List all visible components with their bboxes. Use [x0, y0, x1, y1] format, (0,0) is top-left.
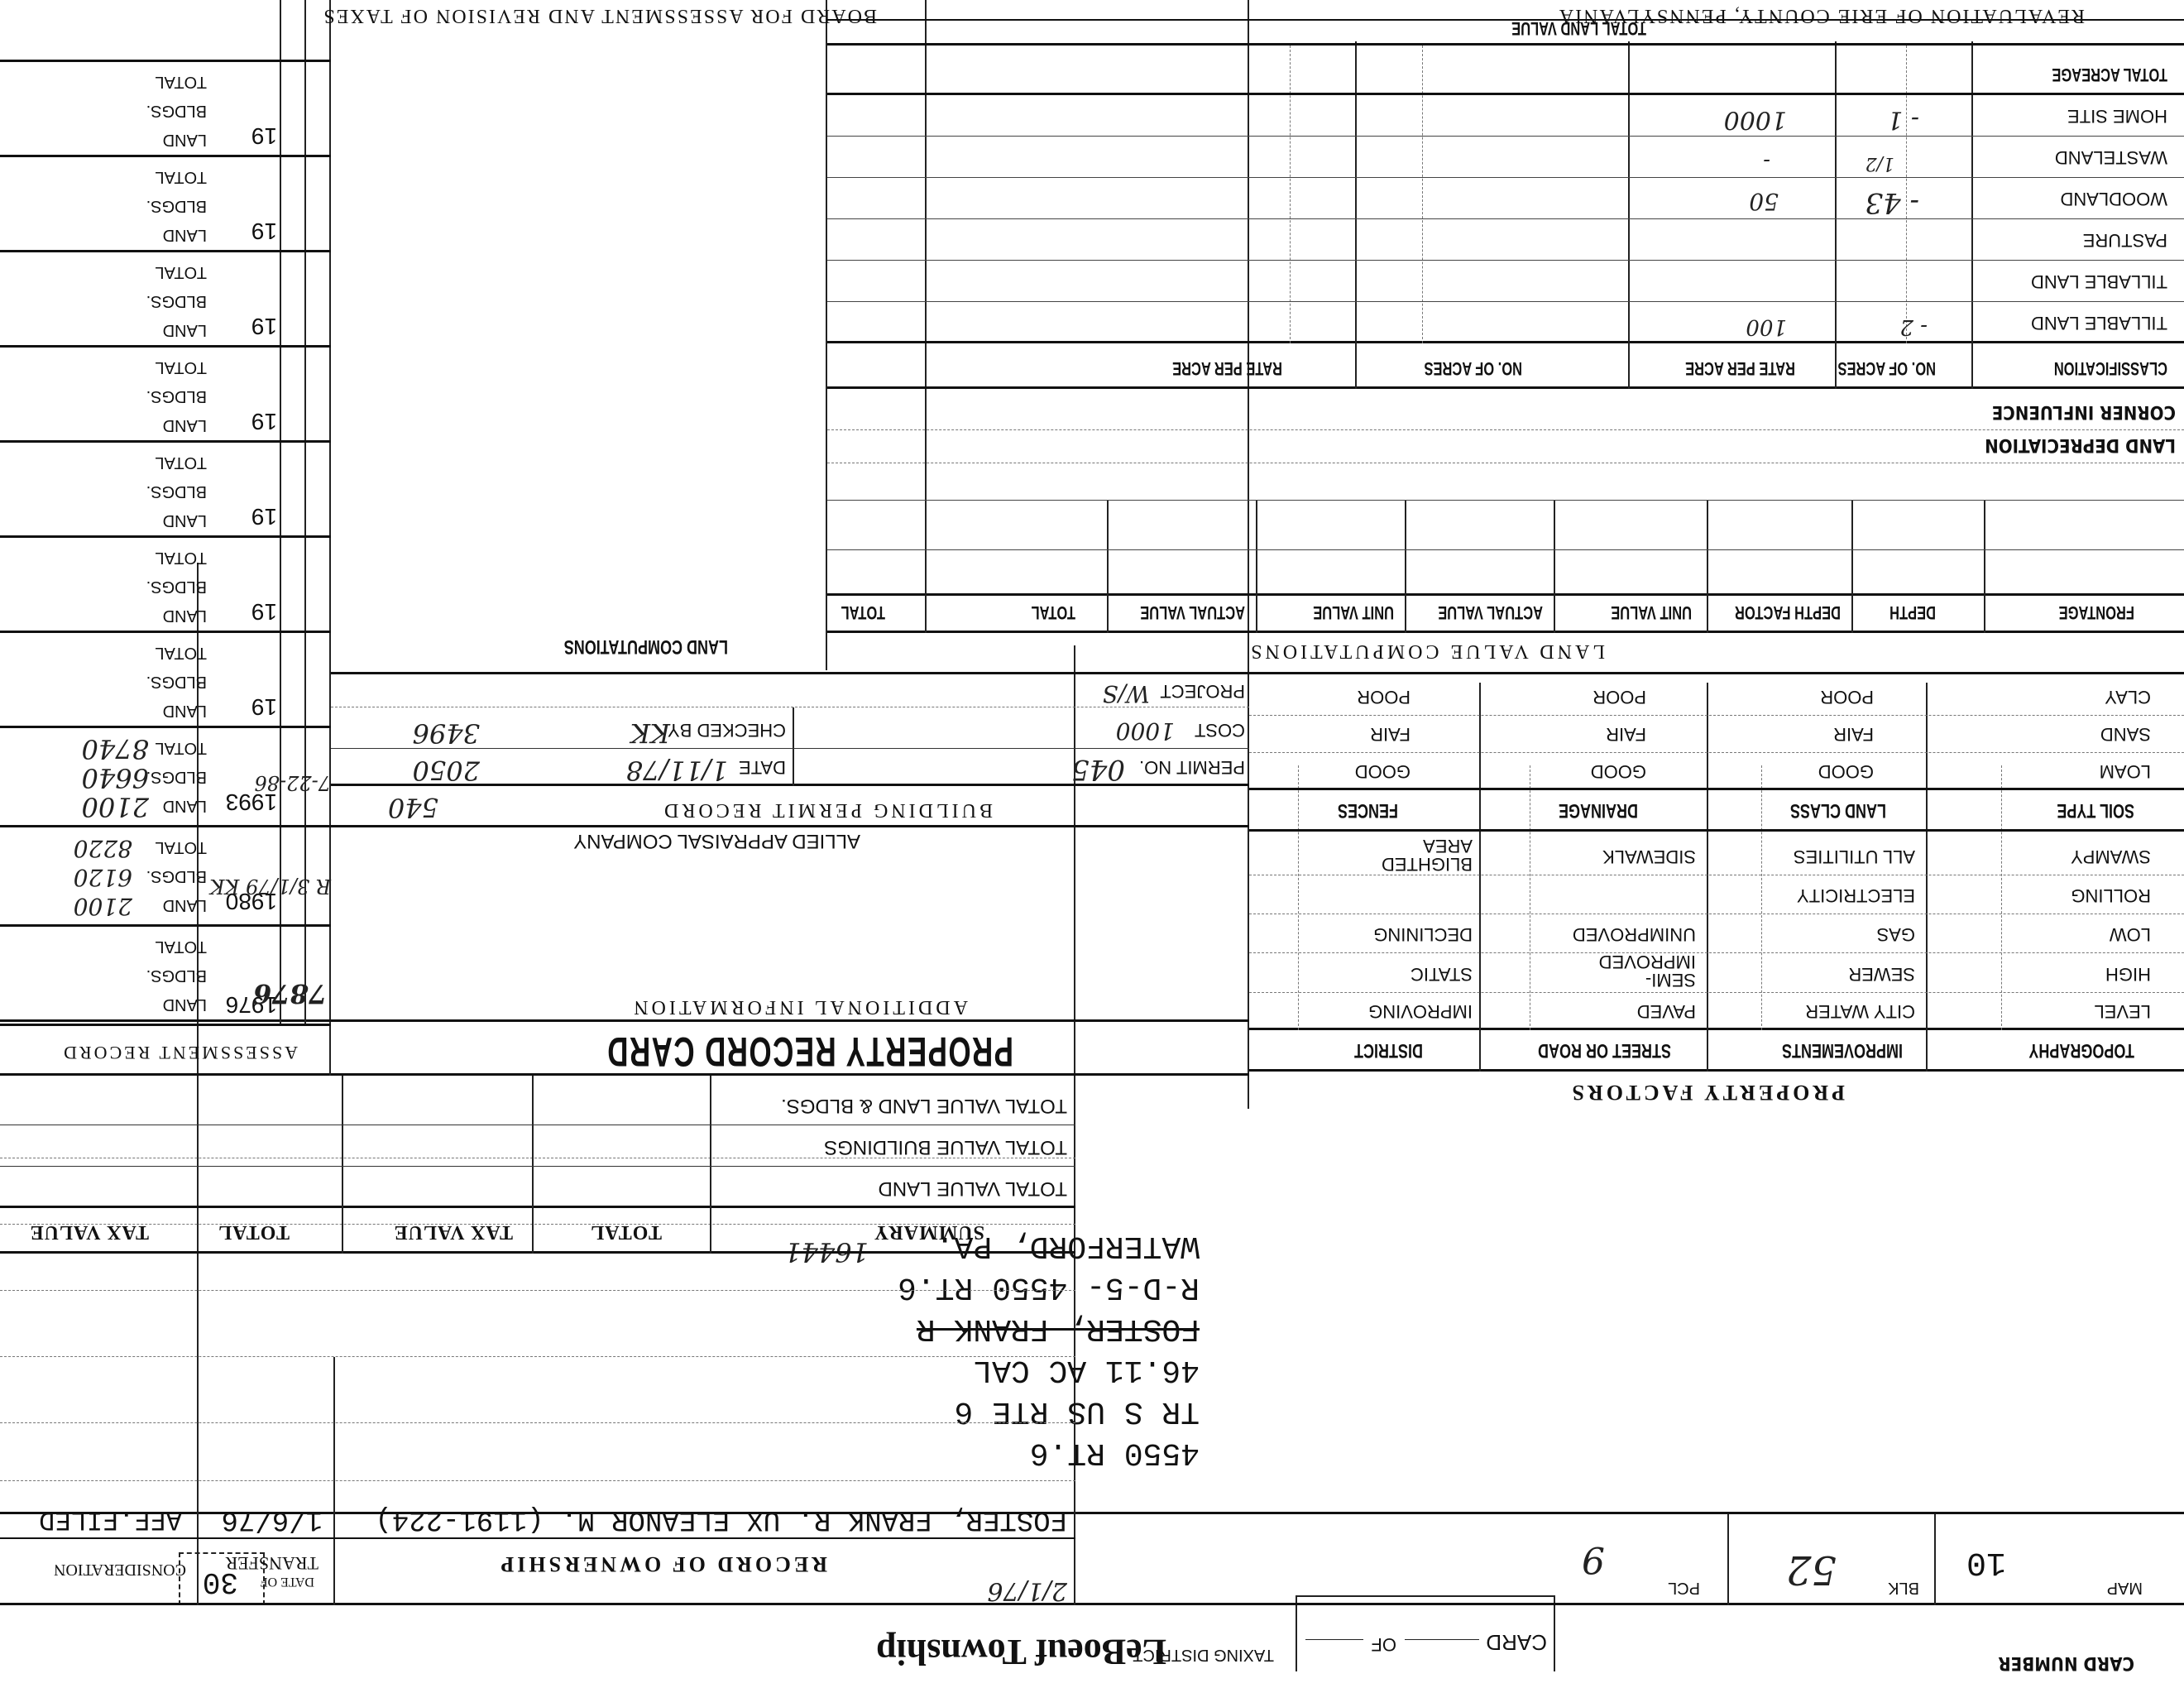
assessment-total-label: TOTAL — [155, 837, 207, 856]
checked-by-label: CHECKED BY — [668, 719, 786, 741]
lvc-col-frontage: FRONTAGE — [2059, 602, 2134, 623]
assessment-land-label: LAND — [163, 796, 207, 815]
pf-gas: GAS — [1877, 923, 1915, 945]
total-acreage-label: TOTAL ACREAGE — [2052, 64, 2167, 85]
ownership-title: RECORD OF OWNERSHIP — [497, 1551, 827, 1576]
ownership-consideration: AFF.FILED — [39, 1504, 182, 1535]
footer-revaluation: REVALUATION OF ERIE COUNTY, PENNSYLVANIA — [1558, 4, 2085, 26]
land-computations-title: LAND COMPUTATIONS — [564, 635, 728, 658]
blk-label: BLK — [1888, 1578, 1919, 1597]
assessment-year: 19 — [251, 693, 277, 720]
pf-col-land-class: LAND CLASS — [1790, 798, 1886, 822]
assessment-total-value: 8220 — [74, 835, 132, 862]
ownership-owner: FOSTER, FRANK R. UX ELEANOR M. (1191-224… — [375, 1503, 1067, 1535]
assessment-year: 19 — [251, 122, 277, 149]
assessment-bldgs-value: 6640 — [82, 762, 149, 794]
pf-land-class-fair: FAIR — [1833, 723, 1874, 745]
pf-blighted-area: BLIGHTED AREA — [1373, 837, 1473, 873]
acreage-classification: WASTELAND — [2055, 146, 2167, 168]
col-transfer: TRANSFER — [226, 1552, 318, 1574]
lvc-col-unit-value-1: UNIT VALUE — [1611, 602, 1692, 623]
acreage-classification: PASTURE — [2083, 229, 2167, 251]
assessment-bldgs-label: BLDGS. — [146, 196, 207, 215]
assessment-total-value: 8740 — [82, 733, 149, 765]
pf-col-district: DISTRICT — [1354, 1038, 1423, 1062]
pf-rolling: ROLLING — [2071, 885, 2151, 906]
summary-row-land-bldgs: TOTAL VALUE LAND & BLDGS. — [781, 1094, 1067, 1117]
pf-sidewalk: SIDEWALK — [1602, 846, 1696, 867]
pf-semi-improved: SEMI-IMPROVED — [1613, 952, 1696, 989]
assessment-bldgs-label: BLDGS. — [146, 386, 207, 405]
assessment-total-label: TOTAL — [155, 548, 207, 567]
assessment-land-label: LAND — [163, 606, 207, 625]
of-label: OF — [1371, 1633, 1396, 1655]
assessment-land-value: 2100 — [74, 893, 132, 920]
owner-line-4-struck: FOSTER, FRANK R — [917, 1307, 1200, 1349]
lvc-col-total-2: TOTAL — [841, 602, 885, 623]
card-number-label: CARD NUMBER — [1998, 1653, 2134, 1671]
pf-drainage-poor: POOR — [1592, 686, 1646, 707]
lvc-col-depth: DEPTH — [1889, 602, 1936, 623]
pf-col-fences: FENCES — [1338, 798, 1398, 822]
acreage-col-rate-2: RATE PER ACRE — [1172, 357, 1282, 379]
assessment-record-title: ASSESSMENT RECORD — [61, 1042, 298, 1063]
assessment-bldgs-label: BLDGS. — [146, 577, 207, 596]
pf-low: LOW — [2110, 923, 2151, 945]
assessment-total-label: TOTAL — [155, 643, 207, 662]
assessment-land-label: LAND — [163, 130, 207, 149]
pf-col-street-road: STREET OR ROAD — [1538, 1038, 1671, 1062]
taxing-district-label: TAXING DISTRICT — [1175, 1647, 1274, 1663]
assessment-land-label: LAND — [163, 995, 207, 1014]
assessment-total-label: TOTAL — [155, 937, 207, 956]
acreage-rate: 100 — [1746, 314, 1787, 339]
summary-col-total-2: TOTAL — [218, 1220, 290, 1243]
map-value: 10 — [1966, 1543, 2006, 1580]
owner-line-3: 46.11 AC CAL — [973, 1349, 1200, 1390]
permit-no-value: 045 — [1071, 753, 1125, 786]
blk-value: 52 — [1786, 1547, 1837, 1593]
pf-col-soil-type: SOIL TYPE — [2057, 798, 2134, 822]
assessment-total-label: TOTAL — [155, 453, 207, 472]
ownership-date: 1/6/76 — [222, 1503, 323, 1535]
acreage-rate: 50 — [1749, 188, 1779, 215]
corner-influence-label: CORNER INFLUENCE — [1992, 401, 2176, 422]
card-of-box: CARD OF — [1296, 1595, 1555, 1671]
assessment-total-label: TOTAL — [155, 72, 207, 91]
assessment-total-label: TOTAL — [155, 262, 207, 281]
pcl-label: PCL — [1668, 1578, 1700, 1597]
permit-side-note-2: 3496 — [413, 717, 480, 749]
assessment-total-label: TOTAL — [155, 357, 207, 376]
acreage-classification: WOODLAND — [2060, 188, 2167, 209]
acreage-classification: TILLABLE LAND — [2031, 312, 2167, 333]
permit-side-note-1: 2050 — [413, 755, 480, 786]
pf-level: LEVEL — [2095, 1000, 2152, 1022]
land-value-computations-title: LAND VALUE COMPUTATIONS — [1248, 640, 1605, 662]
permit-cost-label: COST — [1195, 719, 1245, 741]
pf-unimproved: UNIMPROVED — [1573, 923, 1696, 945]
pf-all-utilities: ALL UTILITIES — [1794, 846, 1915, 867]
handwritten-date: 2/1/76 — [987, 1576, 1067, 1605]
pf-col-topography: TOPOGRAPHY — [2028, 1038, 2134, 1062]
pf-high: HIGH — [2105, 963, 2151, 985]
summary-col-tax-value-1: TAX VALUE — [394, 1220, 513, 1243]
pf-improving: IMPROVING — [1368, 1000, 1473, 1022]
assessment-stamp: 7876 — [253, 978, 327, 1009]
allied-appraisal-company: ALLIED APPRAISAL COMPANY — [573, 829, 860, 852]
pf-drainage-good: GOOD — [1591, 760, 1646, 782]
acreage-acres: 1/2 — [1865, 153, 1894, 174]
land-depreciation-label: LAND DEPRECIATION — [1985, 434, 2176, 455]
summary-col-total-1: TOTAL — [590, 1220, 662, 1243]
permit-date-value: 1/11/78 — [626, 755, 728, 786]
assessment-year: 19 — [251, 313, 277, 339]
lvc-col-depth-factor: DEPTH FACTOR — [1735, 602, 1841, 623]
col-consideration: CONSIDERATION — [54, 1560, 186, 1579]
assessment-bldgs-label: BLDGS. — [146, 101, 207, 120]
taxing-district-value: LeBoeuf Township — [876, 1631, 1166, 1673]
assessment-bldgs-value: 6120 — [74, 864, 132, 891]
acreage-acres: - 2 — [1899, 314, 1928, 339]
assessment-year: 19 — [251, 408, 277, 434]
permit-cost-value: 1000 — [1116, 717, 1175, 745]
col-date-of: DATE OF — [261, 1574, 314, 1589]
assessment-land-label: LAND — [163, 225, 207, 244]
summary-row-buildings: TOTAL VALUE BUILDINGS — [824, 1135, 1067, 1158]
pf-declining: DECLINING — [1373, 923, 1473, 945]
pf-fences-poor: POOR — [1357, 686, 1410, 707]
assessment-land-label: LAND — [163, 895, 207, 914]
pf-sewer: SEWER — [1848, 963, 1915, 985]
permit-date-label: DATE — [739, 756, 786, 778]
acreage-rate: - — [1763, 149, 1770, 174]
acreage-acres: - 1 — [1887, 105, 1919, 134]
assessment-bldgs-label: BLDGS. — [146, 291, 207, 310]
assessment-bldgs-label: BLDGS. — [146, 482, 207, 501]
project-value: W/S — [1103, 680, 1150, 707]
assessment-land-label: LAND — [163, 701, 207, 720]
acreage-acres: - 43 — [1865, 186, 1919, 219]
pf-swampy: SWAMPY — [2071, 846, 2151, 867]
pf-col-improvements: IMPROVEMENTS — [1782, 1038, 1903, 1062]
pf-land-class-good: GOOD — [1818, 760, 1874, 782]
assessment-bldgs-label: BLDGS. — [146, 966, 207, 985]
assessment-bldgs-label: BLDGS. — [146, 767, 207, 786]
owner-line-1: 4550 RT.6 — [1030, 1431, 1200, 1473]
lvc-col-actual-value-2: ACTUAL VALUE — [1140, 602, 1245, 623]
pf-static: STATIC — [1410, 963, 1473, 985]
acreage-col-no-acres-2: NO. OF ACRES — [1424, 357, 1522, 379]
pf-fences-fair: FAIR — [1370, 723, 1410, 745]
pf-fences-good: GOOD — [1355, 760, 1410, 782]
acreage-col-no-acres-1: NO. OF ACRES — [1837, 357, 1936, 379]
owner-line-2: TR S US RTE 6 — [955, 1390, 1200, 1431]
lvc-col-unit-value-2: UNIT VALUE — [1313, 602, 1394, 623]
summary-row-land: TOTAL VALUE LAND — [878, 1177, 1067, 1200]
lvc-col-actual-value-1: ACTUAL VALUE — [1438, 602, 1543, 623]
assessment-total-label: TOTAL — [155, 738, 207, 757]
pcl-value: 9 — [1582, 1538, 1605, 1580]
assessment-land-label: LAND — [163, 511, 207, 530]
acreage-col-rate-1: RATE PER ACRE — [1685, 357, 1795, 379]
pf-land-class-poor: POOR — [1820, 686, 1874, 707]
acreage-col-classification: CLASSIFICATION — [2054, 357, 2167, 379]
assessment-year: 19 — [251, 598, 277, 625]
pf-city-water: CITY WATER — [1805, 1000, 1915, 1022]
pf-sand: SAND — [2100, 723, 2151, 745]
assessment-land-label: LAND — [163, 415, 207, 434]
pf-loam: LOAM — [2100, 760, 2151, 782]
checked-by-value: KK — [630, 717, 670, 749]
owner-line-5: R-D-5- 4550 RT.6 — [898, 1266, 1200, 1307]
assessment-land-value: 2100 — [82, 791, 149, 822]
assessment-stamp: R 3/1/79 KK — [210, 875, 331, 898]
pf-drainage-fair: FAIR — [1606, 723, 1646, 745]
additional-info-title: ADDITIONAL INFORMATION — [630, 995, 968, 1018]
assessment-bldgs-label: BLDGS. — [146, 866, 207, 885]
pf-col-drainage: DRAINAGE — [1559, 798, 1638, 822]
summary-col-tax-value-2: TAX VALUE — [30, 1220, 149, 1243]
assessment-stamp: 7-22-86 — [254, 771, 331, 794]
assessment-year: 19 — [251, 503, 277, 530]
building-permit-title: BUILDING PERMIT RECORD — [661, 798, 993, 821]
property-record-card: CARD NUMBER CARD OF TAXING DISTRICT LeBo… — [0, 0, 2184, 1688]
card-title: PROPERTY RECORD CARD — [606, 1028, 1013, 1076]
assessment-total-label: TOTAL — [155, 167, 207, 186]
acreage-classification: HOME SITE — [2067, 105, 2167, 127]
assessment-bldgs-label: BLDGS. — [146, 672, 207, 691]
card-label: CARD — [1486, 1629, 1547, 1655]
permit-no-label: PERMIT NO. — [1139, 756, 1245, 778]
property-factors-title: PROPERTY FACTORS — [1569, 1080, 1845, 1105]
assessment-year: 19 — [251, 218, 277, 244]
map-label: MAP — [2107, 1578, 2143, 1597]
assessment-land-label: LAND — [163, 320, 207, 339]
acreage-classification: TILLABLE LAND — [2031, 271, 2167, 292]
summary-header: SUMMARY — [874, 1220, 984, 1243]
lvc-col-total-1: TOTAL — [1032, 602, 1075, 623]
permit-side-note-3: 540 — [388, 792, 438, 823]
pf-electricity: ELECTRICITY — [1797, 885, 1915, 906]
pf-paved: PAVED — [1637, 1000, 1696, 1022]
footer-board: BOARD FOR ASSESSMENT AND REVISION OF TAX… — [322, 4, 877, 26]
acreage-rate: 1000 — [1724, 105, 1787, 134]
project-label: PROJECT — [1160, 680, 1245, 702]
pf-clay: CLAY — [2105, 686, 2151, 707]
